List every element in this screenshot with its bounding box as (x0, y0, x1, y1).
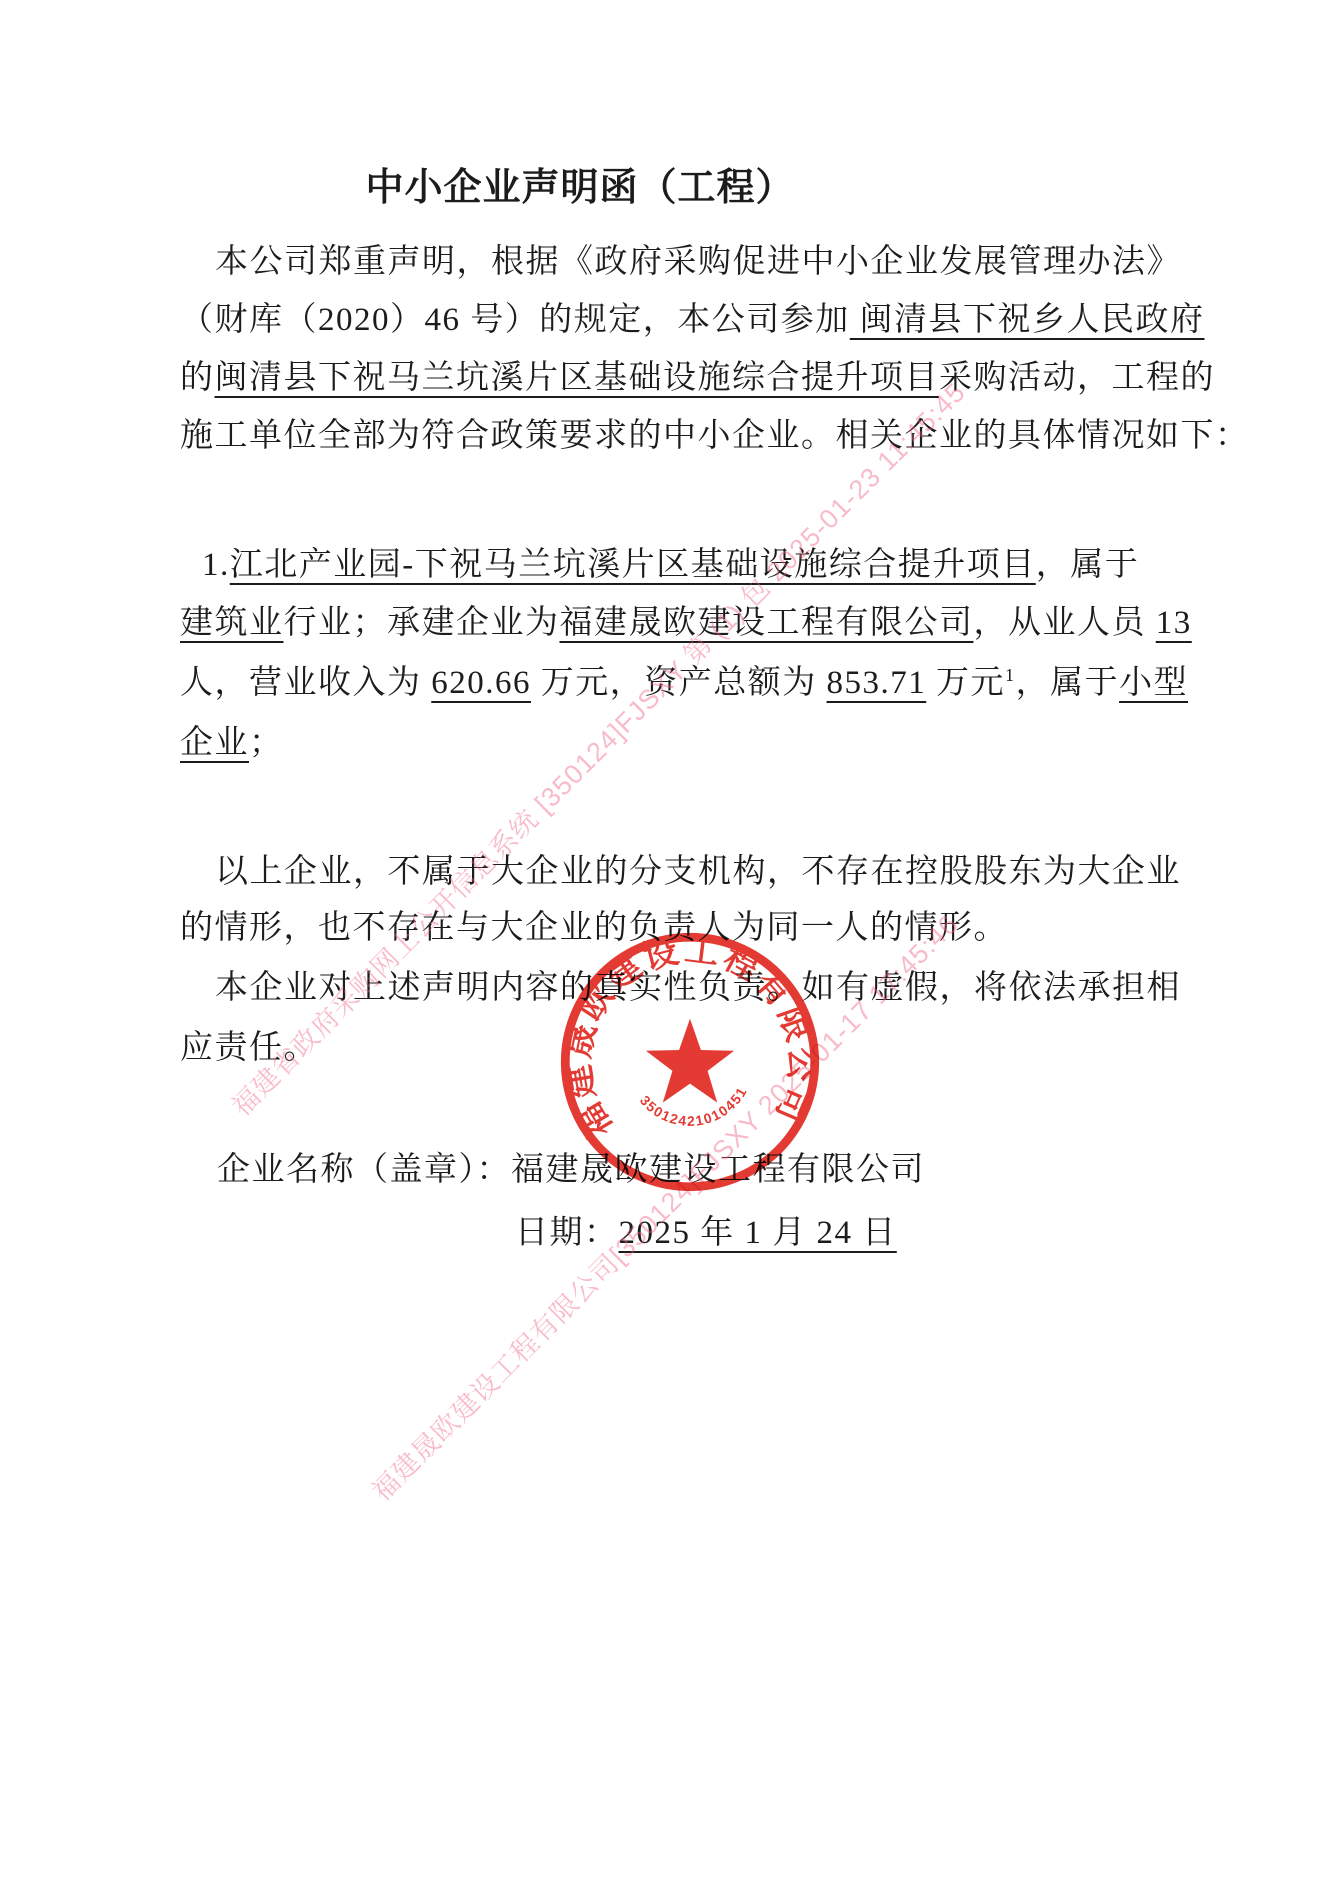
item1-line1: 1.江北产业园-下祝马兰坑溪片区基础设施综合提升项目，属于 (202, 543, 1139, 587)
date-line: 日期：2025 年 1 月 24 日 (515, 1211, 897, 1255)
item1-underlined-project: 江北产业园-下祝马兰坑溪片区基础设施综合提升项目 (230, 547, 1036, 583)
p1-line2: （财库（2020）46 号）的规定，本公司参加 闽清县下祝乡人民政府 (180, 298, 1205, 342)
item1-underlined-size: 小型 (1119, 665, 1188, 701)
document-title: 中小企业声明函（工程） (180, 156, 980, 211)
signature-label: 企业名称（盖章）： (217, 1152, 511, 1188)
item1-line3-t2: 万元，资产总额为 (531, 665, 827, 701)
p4-line2: 应责任。 (180, 1026, 318, 1070)
item1-line3-t4: ，属于 (1016, 665, 1120, 701)
item1-underlined-employees: 13 (1156, 605, 1192, 641)
p1-line1: 本公司郑重声明，根据《政府采购促进中小企业发展管理办法》 (215, 240, 1181, 284)
item1-underlined-enterprise: 企业 (180, 725, 249, 761)
p1-line1-text: 本公司郑重声明，根据《政府采购促进中小企业发展管理办法》 (215, 244, 1181, 280)
date-value: 2025 年 1 月 24 日 (619, 1215, 897, 1251)
declaration-document-page: 福建省政府采购网上公开信息系统 [350124]FJSXY 第 (1) 包 20… (0, 0, 1334, 1887)
p1-line3-prefix: 的 (180, 360, 215, 396)
seal-star (646, 1019, 734, 1103)
item1-line3-t1: 人，营业收入为 (180, 665, 431, 701)
item1-line2: 建筑业行业；承建企业为福建晟欧建设工程有限公司，从业人员 13 (180, 601, 1192, 645)
item1-line2-mid1: 行业；承建企业为 (284, 605, 560, 641)
item1-underlined-revenue: 620.66 (431, 665, 531, 701)
p4-line2-text: 应责任。 (180, 1030, 318, 1066)
footnote-marker: 1 (1005, 665, 1016, 685)
p1-line2-underlined-buyer: 闽清县下祝乡人民政府 (850, 302, 1205, 338)
item1-line4: 企业； (180, 721, 284, 765)
p1-line3-underlined-project: 闽清县下祝马兰坑溪片区基础设施综合提升项目 (215, 360, 940, 396)
p3-line1-text: 以上企业，不属于大企业的分支机构，不存在控股股东为大企业 (215, 854, 1181, 890)
item1-line4-punct: ； (249, 725, 284, 761)
date-label: 日期： (515, 1215, 619, 1251)
item1-line3: 人，营业收入为 620.66 万元，资产总额为 853.71 万元1，属于小型 (180, 661, 1188, 705)
p1-line3: 的闽清县下祝马兰坑溪片区基础设施综合提升项目采购活动，工程的 (180, 356, 1215, 400)
item1-line3-t3: 万元 (926, 665, 1005, 701)
p3-line1: 以上企业，不属于大企业的分支机构，不存在控股股东为大企业 (215, 850, 1181, 894)
p1-line2-text: （财库（2020）46 号）的规定，本公司参加 (180, 302, 850, 338)
item1-line2-mid2: ，从业人员 (974, 605, 1156, 641)
item1-line1-suffix: ，属于 (1036, 547, 1140, 583)
p1-line4: 施工单位全部为符合政策要求的中小企业。相关企业的具体情况如下： (180, 414, 1250, 458)
item1-number: 1. (202, 547, 230, 583)
p1-line4-text: 施工单位全部为符合政策要求的中小企业。相关企业的具体情况如下： (180, 418, 1250, 454)
company-seal: 福建晟欧建设工程有限公司 350124210104517 (556, 928, 824, 1196)
item1-underlined-contractor: 福建晟欧建设工程有限公司 (560, 605, 974, 641)
item1-underlined-assets: 853.71 (827, 665, 927, 701)
p1-line3-suffix: 采购活动，工程的 (939, 360, 1215, 396)
item1-underlined-industry: 建筑业 (180, 605, 284, 641)
